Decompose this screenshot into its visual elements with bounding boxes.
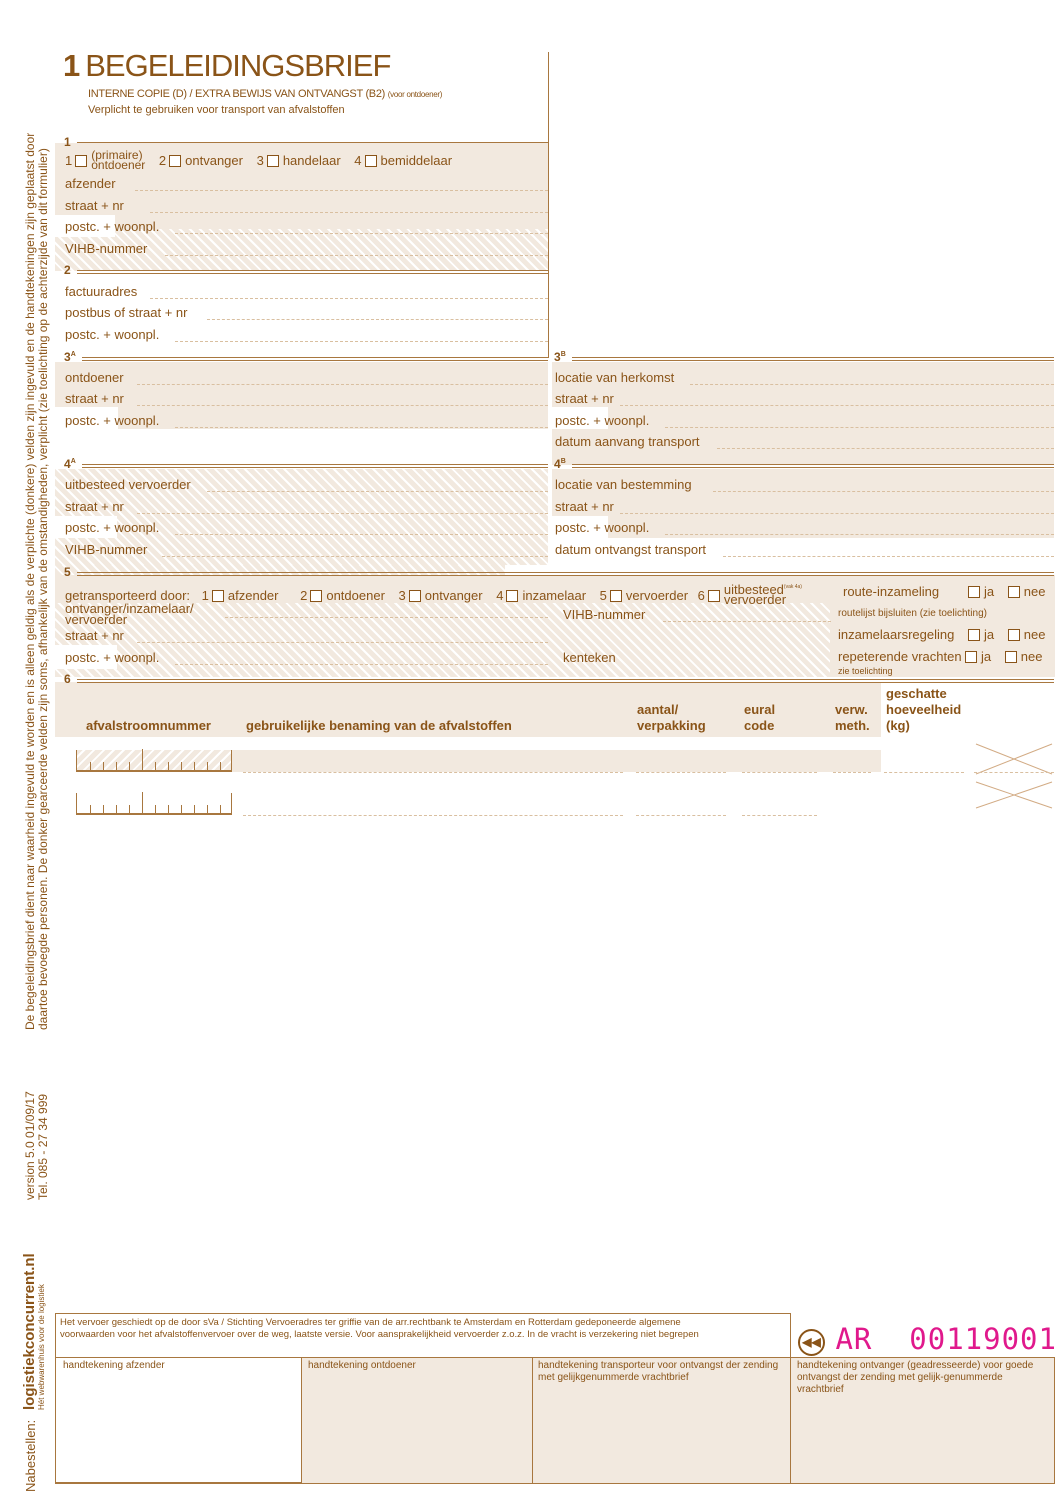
comb-tick (168, 805, 169, 813)
field-ontdoener[interactable]: ontdoener (65, 369, 548, 390)
signature-afzender[interactable]: handtekening afzender (63, 1360, 293, 1372)
field-vihb-4a[interactable]: VIHB-nummer (65, 541, 548, 562)
field-postcode-4a[interactable]: postc. + woonpl. (65, 519, 548, 540)
field-label: postc. + woonpl. (65, 413, 159, 429)
version-info: version 5.0 01/09/17 Tel. 085 - 27 34 99… (24, 1091, 50, 1200)
comb-tick (142, 792, 143, 813)
eural-input-1[interactable] (742, 772, 817, 773)
section-number: 1 (64, 135, 71, 149)
brand-name: logistiekconcurrent.nl (22, 1253, 37, 1410)
opt-label: ontdoener (326, 588, 385, 603)
benaming-input-1[interactable] (243, 772, 623, 773)
field-vihb[interactable]: VIHB-nummer (65, 240, 548, 261)
comb-tick (194, 762, 195, 770)
field-bestemming[interactable]: locatie van bestemming (555, 476, 1054, 497)
role-option-3[interactable]: 3handelaar (257, 153, 341, 168)
comb-tick (181, 762, 182, 770)
route-nee-checkbox[interactable] (1008, 586, 1020, 598)
transport-option-4[interactable]: 4inzamelaar (496, 588, 586, 603)
document-number: ◀◀ AR 00119001 (798, 1322, 1057, 1356)
opt-label: bemiddelaar (381, 153, 453, 168)
comb-tick (116, 762, 117, 770)
opt-num: 2 (159, 153, 166, 168)
crossed-out-icon (974, 742, 1054, 776)
field-straat-5[interactable]: straat + nr (65, 627, 548, 648)
title-text: BEGELEIDINGSBRIEF (85, 48, 390, 83)
field-postcode-3b[interactable]: postc. + woonpl. (555, 412, 1054, 433)
col-benaming: gebruikelijke benaming van de afvalstoff… (246, 718, 512, 734)
terms-line-1: Het vervoer geschiedt op de door sVa / S… (60, 1317, 790, 1329)
rewind-icon: ◀◀ (798, 1329, 825, 1356)
opt-label: vervoerder (626, 588, 688, 603)
repeat-ja-checkbox[interactable] (965, 651, 977, 663)
subtitle-small: (voor ontdoener) (388, 90, 442, 99)
comb-tick (207, 762, 208, 770)
scheme-nee-checkbox[interactable] (1008, 629, 1020, 641)
section1-role-options: 1(primaire)ontdoener 2ontvanger 3handela… (65, 150, 462, 170)
field-label: postbus of straat + nr (65, 305, 187, 321)
comb-tick (90, 805, 91, 813)
field-label: VIHB-nummer (65, 241, 147, 257)
field-straat[interactable]: straat + nr (65, 197, 548, 218)
checkbox[interactable] (409, 590, 421, 602)
route-label: route-inzameling (843, 584, 939, 599)
order-info: Nabestellen: (24, 1406, 38, 1492)
checkbox[interactable] (212, 590, 224, 602)
col-methode: verw.meth. (835, 702, 870, 734)
field-factuuradres[interactable]: factuuradres (65, 283, 548, 304)
section-number: 4B (554, 457, 566, 471)
field-label: straat + nr (65, 198, 124, 214)
checkbox[interactable] (610, 590, 622, 602)
field-vihb-5[interactable]: VIHB-nummer (563, 606, 831, 627)
field-datum-ontvangst[interactable]: datum ontvangst transport (555, 541, 1054, 562)
field-label: locatie van bestemming (555, 477, 692, 493)
field-straat-4b[interactable]: straat + nr (555, 498, 1054, 519)
field-label: uitbesteed vervoerder (65, 477, 191, 493)
field-label: postc. + woonpl. (555, 520, 649, 536)
transport-option-6[interactable]: 6uitbesteed(vak 4a)vervoerder (698, 582, 802, 605)
opt-label-bottom: ontdoener (91, 158, 145, 172)
field-label: straat + nr (555, 499, 614, 515)
field-label: VIHB-nummer (65, 542, 147, 558)
section-number: 3A (64, 350, 76, 364)
opt-note: (vak 4a) (784, 584, 802, 590)
col-aantal: aantal/verpakking (637, 702, 706, 734)
no-label: nee (1021, 649, 1043, 664)
opt-label-bottom: vervoerder (724, 592, 786, 607)
route-note: routelijst bijsluiten (zie toelichting) (838, 608, 987, 619)
section-number: 3B (554, 350, 566, 364)
opt-label: afzender (228, 588, 279, 603)
opt-label: handelaar (283, 153, 341, 168)
section-number: 2 (64, 263, 71, 277)
opt-num: 4 (496, 588, 503, 603)
comb-tick (155, 805, 156, 813)
field-herkomst[interactable]: locatie van herkomst (555, 369, 1054, 390)
route-ja-checkbox[interactable] (968, 586, 980, 598)
hoeveelheid-input-1[interactable] (884, 772, 964, 773)
section4b-header: 4B (554, 462, 1054, 470)
signature-ontdoener[interactable]: handtekening ontdoener (308, 1360, 528, 1372)
opt-num: 2 (300, 588, 307, 603)
repeat-label: repeterende vrachten (838, 649, 962, 664)
no-label: nee (1024, 627, 1046, 642)
field-label: straat + nr (65, 628, 124, 644)
col-hoeveelheid: geschattehoeveelheid(kg) (886, 686, 961, 734)
transport-option-1[interactable]: 1afzender (202, 588, 279, 603)
field-label: postc. + woonpl. (65, 327, 159, 343)
comb-tick (220, 762, 221, 770)
field-postcode[interactable]: postc. + woonpl. (65, 218, 548, 239)
copy-number: 1 (63, 48, 79, 83)
yes-label: ja (984, 584, 994, 599)
field-postcode-2[interactable]: postc. + woonpl. (65, 326, 548, 347)
field-label: postc. + woonpl. (65, 520, 159, 536)
comb-tick (181, 805, 182, 813)
field-label: locatie van herkomst (555, 370, 674, 386)
checkbox[interactable] (708, 590, 720, 602)
field-label: postc. + woonpl. (555, 413, 649, 429)
section5-header: 5 (64, 570, 1054, 578)
crossed-out-icon (974, 780, 1054, 810)
field-label: datum ontvangst transport (555, 542, 706, 558)
field-postbus[interactable]: postbus of straat + nr (65, 304, 548, 325)
opt-num: 3 (399, 588, 406, 603)
afvalstroomnummer-input-2[interactable] (76, 793, 232, 815)
route-yesno: ja nee (965, 584, 1045, 599)
signature-transporteur[interactable]: handtekening transporteur voor ontvangst… (538, 1360, 783, 1384)
role-option-2[interactable]: 2ontvanger (159, 153, 243, 168)
checkbox[interactable] (169, 155, 181, 167)
receiver-label: ontvanger/inzamelaar/vervoerder (65, 603, 194, 625)
transport-option-5[interactable]: 5vervoerder (600, 588, 688, 603)
subtitle-text: INTERNE COPIE (D) / EXTRA BEWIJS VAN ONT… (88, 88, 385, 100)
receiver-field[interactable] (225, 617, 548, 618)
opt-label: inzamelaar (522, 588, 586, 603)
field-datum-aanvang[interactable]: datum aanvang transport (555, 433, 1054, 454)
aantal-input-1[interactable] (636, 772, 726, 773)
transport-option-2[interactable]: 2ontdoener (300, 588, 385, 603)
opt-num: 1 (202, 588, 209, 603)
col-afvalstroomnummer: afvalstroomnummer (86, 718, 211, 734)
section-number: 4A (64, 457, 76, 471)
brand: logistiekconcurrent.nl Hét webwarenhuis … (22, 1253, 47, 1410)
subtitle: INTERNE COPIE (D) / EXTRA BEWIJS VAN ONT… (88, 88, 442, 100)
checkbox[interactable] (310, 590, 322, 602)
opt-num: 3 (257, 153, 264, 168)
yes-label: ja (984, 627, 994, 642)
comb-tick (194, 805, 195, 813)
instruction-line-2: daartoe bevoegde personen. De donker gea… (37, 30, 50, 1030)
comb-tick (103, 805, 104, 813)
field-label: straat + nr (65, 499, 124, 515)
role-option-1[interactable]: 1(primaire)ontdoener (65, 150, 145, 170)
field-straat-3a[interactable]: straat + nr (65, 390, 548, 411)
checkbox[interactable] (506, 590, 518, 602)
field-label: postc. + woonpl. (65, 219, 159, 235)
field-label: afzender (65, 176, 116, 192)
opt-num: 6 (698, 588, 705, 603)
opt-label: ontvanger (425, 588, 483, 603)
checkbox[interactable] (267, 155, 279, 167)
field-postcode-3a[interactable]: postc. + woonpl. (65, 412, 548, 433)
section-number: 5 (64, 565, 71, 579)
opt-num: 1 (65, 153, 72, 168)
section3b-header: 3B (554, 355, 1054, 363)
terms-box: Het vervoer geschiedt op de door sVa / S… (55, 1313, 791, 1357)
scheme-label: inzamelaarsregeling (838, 627, 954, 642)
methode-input-1[interactable] (833, 772, 871, 773)
side-instructions: De begeleidingsbrief dient naar waarheid… (24, 30, 50, 1030)
section4a-header: 4A (64, 462, 548, 470)
field-uitbesteed[interactable]: uitbesteed vervoerder (65, 476, 548, 497)
field-straat-4a[interactable]: straat + nr (65, 498, 548, 519)
doc-number-text: AR 00119001 (835, 1322, 1057, 1356)
comb-tick (103, 762, 104, 770)
comb-tick (142, 749, 143, 770)
transport-option-3[interactable]: 3ontvanger (399, 588, 483, 603)
yes-label: ja (981, 649, 991, 664)
comb-tick (220, 805, 221, 813)
field-label: VIHB-nummer (563, 607, 645, 623)
comb-tick (90, 762, 91, 770)
column-divider (548, 52, 549, 358)
repeat-note: zie toelichting (838, 666, 893, 676)
section3a-header: 3A (64, 355, 548, 363)
field-kenteken[interactable]: kenteken (563, 649, 831, 670)
tel-text: Tel. 085 - 27 34 999 (37, 1091, 50, 1200)
field-postcode-5[interactable]: postc. + woonpl. (65, 649, 548, 670)
col-eural: euralcode (744, 702, 775, 734)
comb-tick (168, 762, 169, 770)
terms-line-2: voorwaarden voor het afvalstoffenvervoer… (60, 1329, 790, 1341)
section-number: 6 (64, 672, 71, 686)
role-option-4[interactable]: 4bemiddelaar (354, 153, 452, 168)
comb-tick (207, 805, 208, 813)
section1-header: 1 (64, 140, 548, 148)
field-label: postc. + woonpl. (65, 650, 159, 666)
benaming-input-2[interactable] (243, 815, 623, 816)
repeat-nee-checkbox[interactable] (1005, 651, 1017, 663)
brand-tagline: Hét webwarenhuis voor de logistiek (37, 1253, 47, 1410)
section2-header: 2 (64, 268, 548, 276)
checkbox[interactable] (365, 155, 377, 167)
page-title: 1BEGELEIDINGSBRIEF (63, 50, 390, 82)
scheme-yesno: ja nee (965, 627, 1045, 642)
repeat-yesno: ja nee (962, 649, 1042, 664)
scheme-ja-checkbox[interactable] (968, 629, 980, 641)
comb-tick (155, 762, 156, 770)
section6-header: 6 (64, 677, 1054, 685)
field-label: kenteken (563, 650, 616, 666)
signature-ontvanger[interactable]: handtekening ontvanger (geadresseerde) v… (797, 1360, 1037, 1396)
comb-tick (116, 805, 117, 813)
terms-text: Het vervoer geschiedt op de door sVa / S… (56, 1314, 790, 1341)
eural-input-2[interactable] (742, 815, 817, 816)
field-label: straat + nr (555, 391, 614, 407)
field-afzender[interactable]: afzender (65, 175, 548, 196)
checkbox[interactable] (75, 155, 87, 167)
field-postcode-4b[interactable]: postc. + woonpl. (555, 519, 1054, 540)
no-label: nee (1024, 584, 1046, 599)
field-label: datum aanvang transport (555, 434, 700, 450)
aantal-input-2[interactable] (636, 815, 726, 816)
field-label: straat + nr (65, 391, 124, 407)
opt-num: 4 (354, 153, 361, 168)
receiver-label-2: vervoerder (65, 612, 127, 627)
opt-label: ontvanger (185, 153, 243, 168)
field-label: factuuradres (65, 284, 137, 300)
opt-num: 5 (600, 588, 607, 603)
waste-row-1-bg (232, 750, 881, 772)
comb-tick (129, 762, 130, 770)
subtitle-mandatory: Verplicht te gebruiken voor transport va… (88, 104, 345, 116)
order-label: Nabestellen: (23, 1420, 38, 1492)
comb-tick (129, 805, 130, 813)
afvalstroomnummer-input-1[interactable] (76, 750, 232, 772)
field-label: ontdoener (65, 370, 124, 386)
field-straat-3b[interactable]: straat + nr (555, 390, 1054, 411)
